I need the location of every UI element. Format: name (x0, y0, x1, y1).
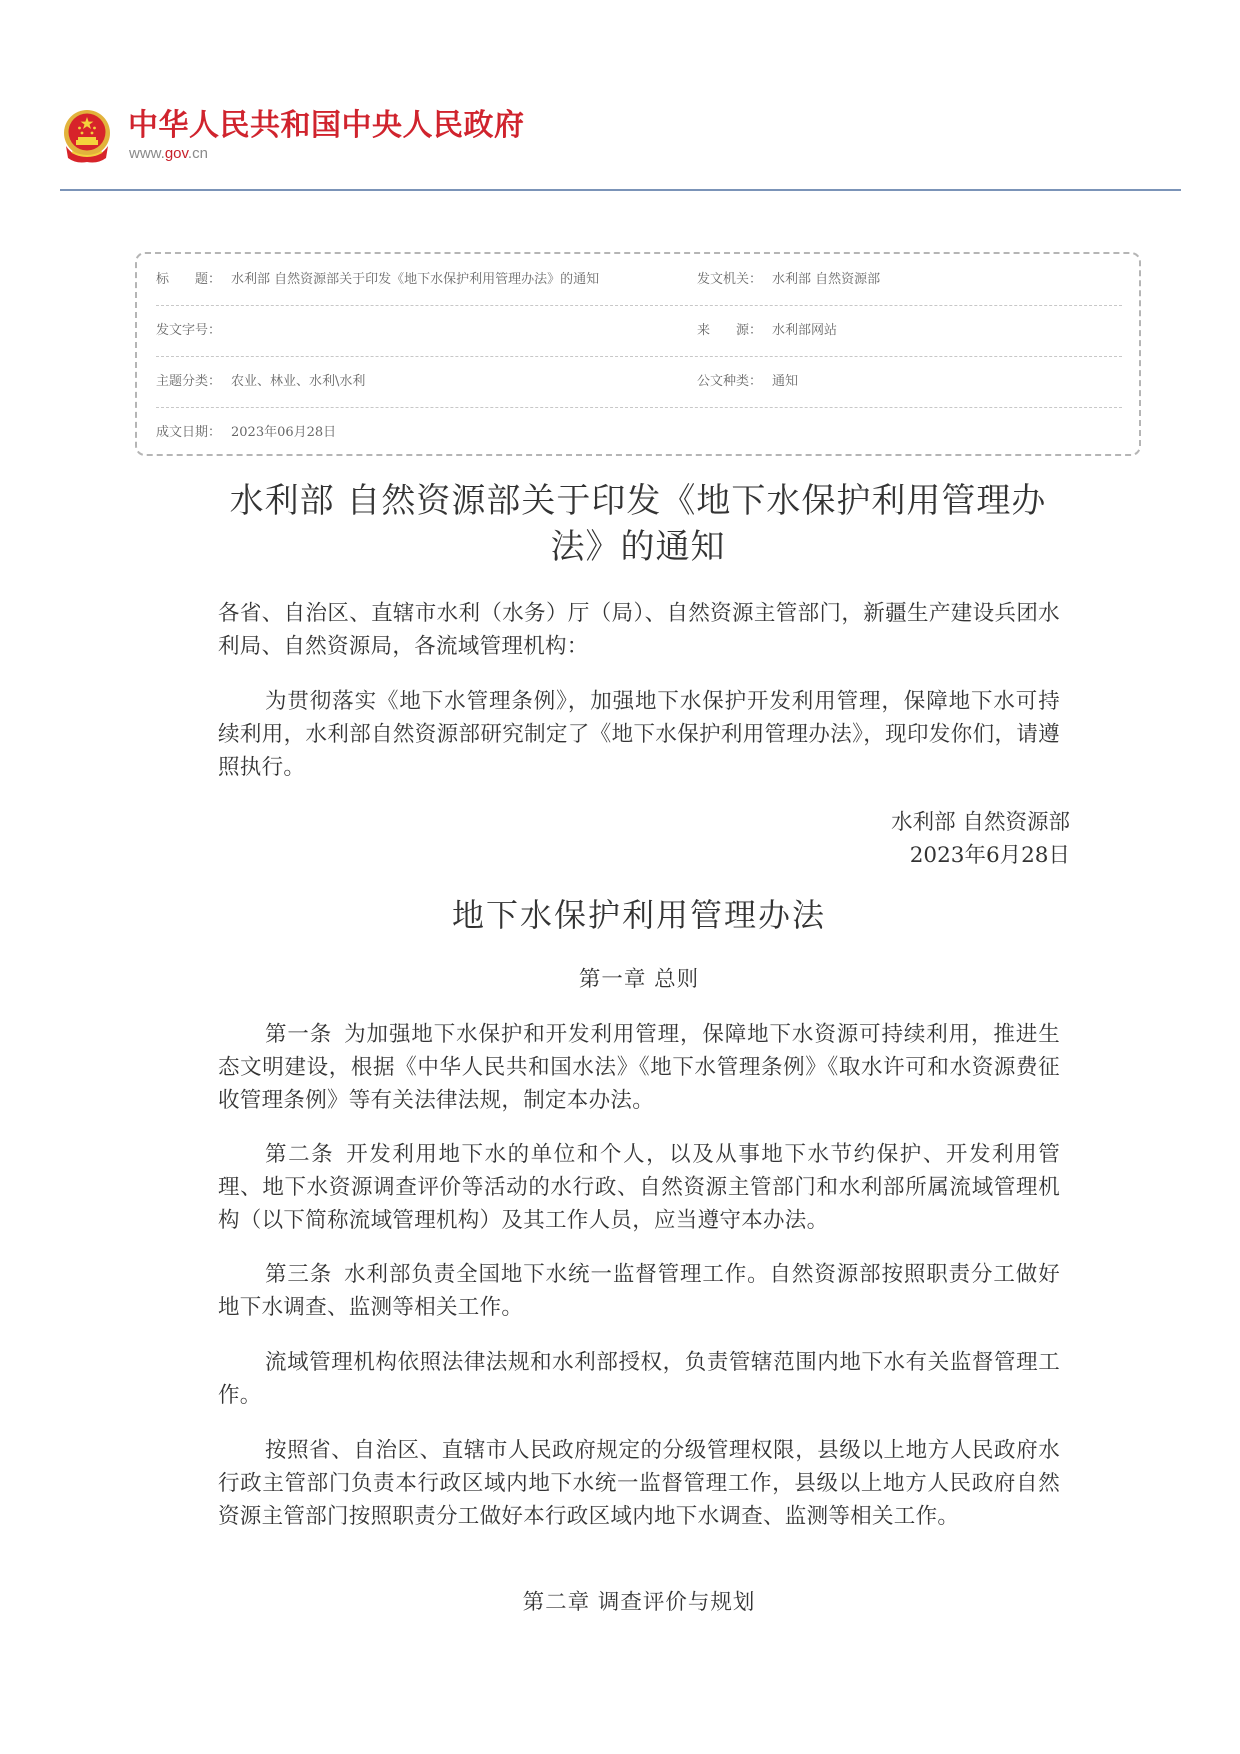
url-prefix: www. (129, 145, 165, 162)
article-3: 第三条水利部负责全国地下水统一监督管理工作。自然资源部按照职责分工做好地下水调查… (218, 1259, 1060, 1325)
header-divider (60, 189, 1181, 191)
info-label-source: 来 源： (697, 305, 762, 356)
article-number: 第一条 (265, 1022, 332, 1047)
signature-org: 水利部 自然资源部 (891, 806, 1070, 839)
article-1: 第一条为加强地下水保护和开发利用管理，保障地下水资源可持续利用，推进生态文明建设… (218, 1019, 1060, 1117)
info-value-source: 水利部网站 (772, 305, 837, 356)
site-url[interactable]: www.gov.cn (129, 145, 208, 163)
info-value-category: 农业、林业、水利\水利 (231, 356, 365, 407)
article-3-paragraph-2: 流域管理机构依照法律法规和水利部授权，负责管辖范围内地下水有关监督管理工作。 (218, 1347, 1060, 1413)
article-2: 第二条开发利用地下水的单位和个人，以及从事地下水节约保护、开发利用管理、地下水资… (218, 1139, 1060, 1237)
info-label-date: 成文日期： (156, 407, 221, 458)
url-domain: gov (165, 145, 188, 162)
article-number: 第三条 (265, 1262, 332, 1287)
national-emblem-icon (60, 108, 114, 164)
article-text: 为加强地下水保护和开发利用管理，保障地下水资源可持续利用，推进生态文明建设，根据… (218, 1022, 1060, 1113)
info-label-category: 主题分类： (156, 356, 221, 407)
article-text: 开发利用地下水的单位和个人，以及从事地下水节约保护、开发利用管理、地下水资源调查… (218, 1142, 1060, 1233)
article-3-paragraph-3: 按照省、自治区、直辖市人民政府规定的分级管理权限，县级以上地方人民政府水行政主管… (218, 1435, 1060, 1533)
signature-date: 2023年6月28日 (910, 839, 1070, 872)
document-title: 水利部 自然资源部关于印发《地下水保护利用管理办法》的通知 (218, 478, 1058, 570)
law-title: 地下水保护利用管理办法 (218, 893, 1060, 937)
url-suffix: .cn (188, 145, 208, 162)
info-row-date: 成文日期：2023年06月28日 (156, 407, 1122, 458)
info-label-issuer: 发文机关： (697, 254, 762, 305)
info-value-date: 2023年06月28日 (231, 407, 336, 458)
chapter-heading-1: 第一章 总则 (218, 964, 1060, 996)
info-label-docnumber: 发文字号： (156, 305, 221, 356)
site-title[interactable]: 中华人民共和国中央人民政府 (128, 108, 525, 144)
info-value-doctype: 通知 (772, 356, 798, 407)
salutation: 各省、自治区、直辖市水利（水务）厅（局）、自然资源主管部门，新疆生产建设兵团水利… (218, 598, 1060, 664)
info-row-category: 主题分类：农业、林业、水利\水利 公文种类：通知 (156, 356, 1122, 408)
chapter-heading-2: 第二章 调查评价与规划 (218, 1587, 1060, 1619)
article-text: 水利部负责全国地下水统一监督管理工作。自然资源部按照职责分工做好地下水调查、监测… (218, 1262, 1060, 1320)
info-row-title: 标 题：水利部 自然资源部关于印发《地下水保护利用管理办法》的通知 发文机关：水… (156, 254, 1122, 306)
info-value-title: 水利部 自然资源部关于印发《地下水保护利用管理办法》的通知 (231, 254, 599, 305)
document-info-box: 标 题：水利部 自然资源部关于印发《地下水保护利用管理办法》的通知 发文机关：水… (135, 252, 1141, 456)
notice-body: 为贯彻落实《地下水管理条例》，加强地下水保护开发利用管理，保障地下水可持续利用，… (218, 686, 1060, 784)
info-label-title: 标 题： (156, 254, 221, 305)
article-number: 第二条 (265, 1142, 334, 1167)
info-label-doctype: 公文种类： (697, 356, 762, 407)
info-row-docnumber: 发文字号： 来 源：水利部网站 (156, 305, 1122, 357)
info-value-issuer: 水利部 自然资源部 (772, 254, 880, 305)
